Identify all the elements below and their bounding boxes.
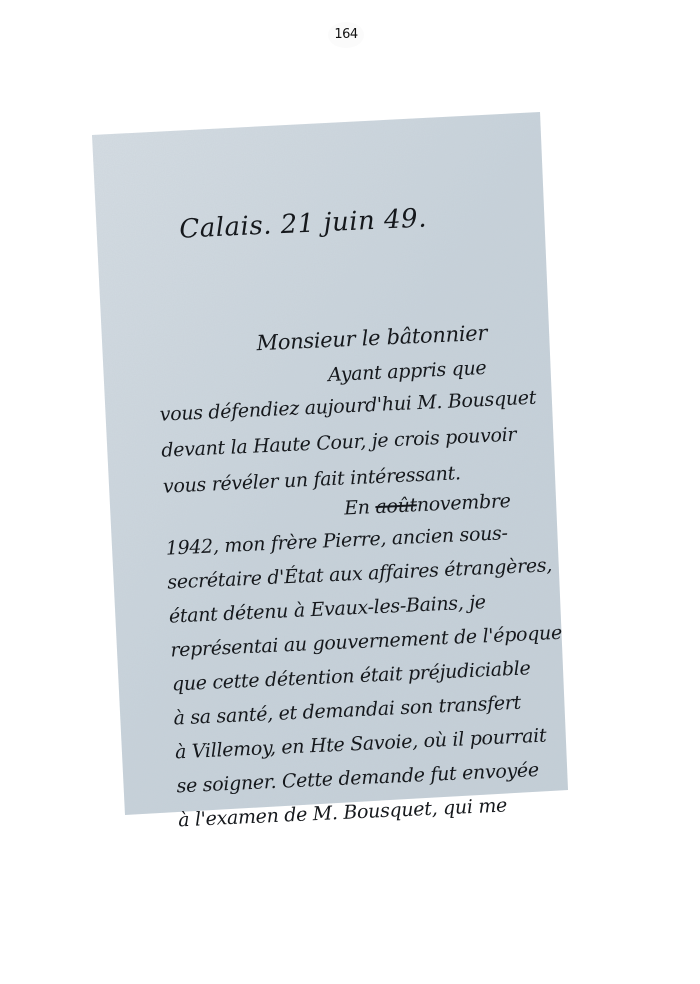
letter-line: à Villemoy, en Hte Savoie, où il pourrai… (175, 725, 547, 764)
paper-background (0, 0, 700, 984)
letter-salutation: Monsieur le bâtonnier (256, 321, 487, 355)
letter-line: Ayant appris que (328, 357, 487, 386)
letter-line: devant la Haute Cour, je crois pouvoir (161, 424, 517, 462)
letter-sheet (0, 0, 700, 984)
letter-word: novembre (416, 490, 511, 516)
letter-line: se soigner. Cette demande fut envoyée (176, 759, 539, 797)
letter-line: que cette détention était préjudiciable (172, 657, 531, 695)
letter-line: à l'examen de M. Bousquet, qui me (178, 794, 508, 831)
letter-line: vous révéler un fait intéressant. (163, 462, 462, 497)
struck-word: août (375, 494, 417, 518)
handwritten-letter: Calais. 21 juin 49. Monsieur le bâtonnie… (150, 181, 570, 200)
letter-line: étant détenu à Evaux-les-Bains, je (168, 591, 486, 627)
letter-line: vous défendiez aujourd'hui M. Bousquet (159, 387, 536, 426)
letter-line-correction: En aoûtnovembre (344, 490, 511, 520)
letter-word: En (344, 496, 370, 519)
letter-line: représentai au gouvernement de l'époque (170, 622, 562, 662)
page-number: 164 (328, 22, 364, 48)
letter-line: 1942, mon frère Pierre, ancien sous- (165, 522, 508, 559)
letter-line: secrétaire d'État aux affaires étrangère… (167, 554, 553, 593)
letter-date: Calais. 21 juin 49. (179, 203, 428, 244)
letter-line: à sa santé, et demandai son transfert (173, 692, 521, 730)
